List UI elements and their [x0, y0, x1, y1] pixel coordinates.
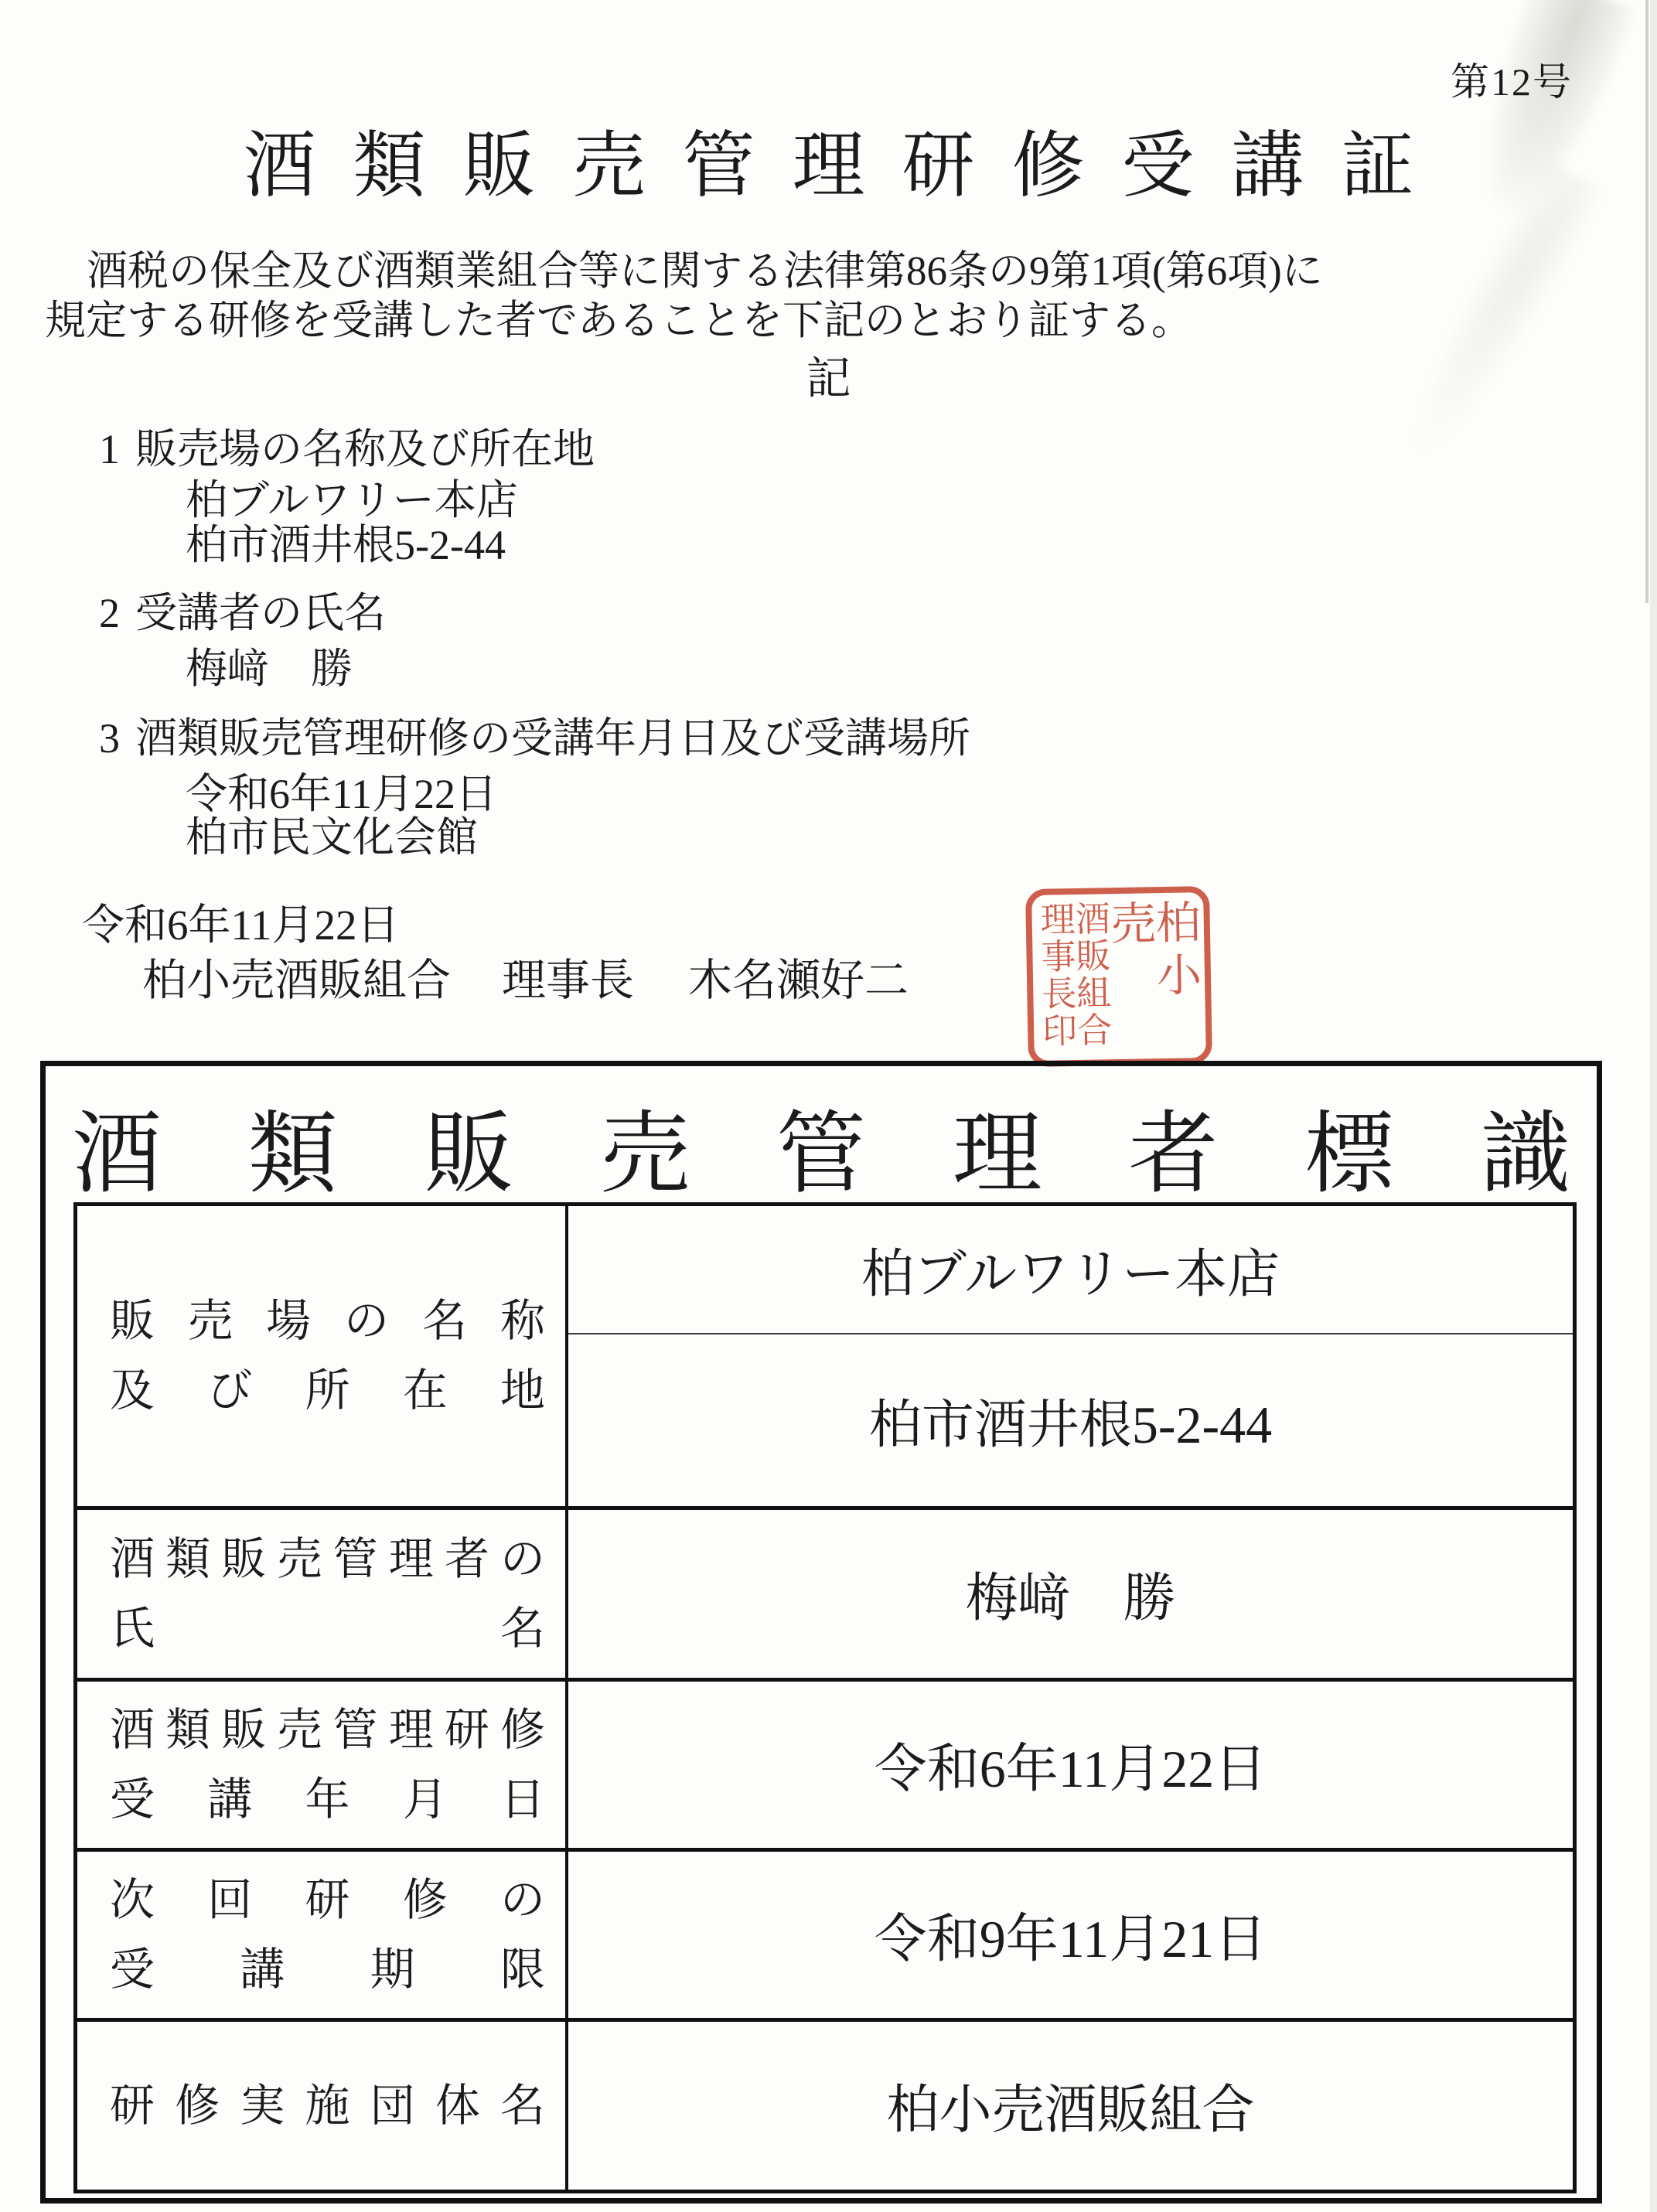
- item-1-number: 1: [99, 425, 120, 473]
- item-3-label: 酒類販売管理研修の受講年月日及び受講場所: [135, 715, 970, 762]
- signboard-table: 販売場の名称 及び所在地 柏ブルワリー本店 柏市酒井根5-2-44 酒類販売管理…: [73, 1202, 1577, 2193]
- row-training-date-value: 令和6年11月22日: [568, 1678, 1573, 1848]
- scanned-certificate-page: 第12号 酒類販売管理研修受講証 酒税の保全及び酒類業組合等に関する法律第86条…: [0, 0, 1657, 2212]
- row-organization-value: 柏小売酒販組合: [568, 2018, 1573, 2190]
- doc-number: 第12号: [1451, 51, 1573, 107]
- seal-column-middle: 酒販組合: [1071, 900, 1108, 1054]
- issuer-org: 柏小売酒販組合: [142, 956, 451, 1005]
- row-next-deadline-label: 次回研修の 受講期限: [77, 1848, 568, 2018]
- row-shop-label-line-2: 及び所在地: [110, 1356, 545, 1426]
- row-training-date-label-line-2: 受講年月日: [110, 1765, 545, 1835]
- row-manager-label-line-2: 氏名: [110, 1594, 545, 1664]
- issuer-name: 木名瀬好二: [688, 956, 909, 1005]
- item-3-training-place: 柏市民文化会館: [186, 804, 478, 864]
- issuer-title: 理事長: [502, 956, 634, 1005]
- row-next-deadline-label-line-2: 受講期限: [110, 1935, 545, 2005]
- signboard: 酒類販売管理者標識 販売場の名称 及び所在地 柏ブルワリー本店 柏市酒井根5-2…: [40, 1061, 1602, 2203]
- item-2-attendee-name: 梅﨑 勝: [186, 636, 353, 695]
- row-manager-label: 酒類販売管理者の 氏名: [77, 1506, 568, 1678]
- row-shop-label: 販売場の名称 及び所在地: [77, 1206, 568, 1506]
- seal-column-left: 理事長印: [1036, 901, 1073, 1055]
- row-manager-label-line-1: 酒類販売管理者の: [110, 1525, 545, 1594]
- item-1-label: 販売場の名称及び所在地: [135, 426, 595, 472]
- item-2-number: 2: [99, 589, 120, 637]
- row-training-date-label-line-1: 酒類販売管理研修: [110, 1696, 545, 1765]
- issue-date: 令和6年11月22日: [82, 891, 399, 952]
- item-1-shop-address: 柏市酒井根5-2-44: [186, 512, 506, 571]
- item-3-header: 3酒類販売管理研修の受講年月日及び受講場所: [99, 705, 970, 765]
- row-shop-label-line-1: 販売場の名称: [110, 1287, 545, 1356]
- item-3-number: 3: [99, 714, 120, 762]
- item-2-header: 2受講者の氏名: [99, 580, 386, 639]
- item-2-label: 受講者の氏名: [135, 590, 386, 636]
- certificate-title: 酒類販売管理研修受講証: [0, 107, 1657, 211]
- scan-edge-shading: [1650, 0, 1657, 2212]
- signature-line: 柏小売酒販組合理事長木名瀬好二: [142, 945, 909, 1008]
- seal-column-right: 柏小売: [1106, 898, 1198, 1053]
- record-marker: 記: [0, 342, 1657, 407]
- row-next-deadline-label-line-1: 次回研修の: [110, 1866, 545, 1935]
- signboard-title: 酒類販売管理者標識: [46, 1082, 1597, 1211]
- row-manager-value: 梅﨑 勝: [568, 1506, 1573, 1678]
- row-shop-name-value: 柏ブルワリー本店: [568, 1206, 1573, 1333]
- row-shop-address-value: 柏市酒井根5-2-44: [568, 1333, 1573, 1506]
- row-organization-label: 研修実施団体名: [77, 2018, 568, 2190]
- issuer-seal-stamp: 柏小売 酒販組合 理事長印: [1025, 886, 1212, 1067]
- certificate-body-line-2: 規定する研修を受講した者であることを下記のとおり証する。: [45, 288, 1192, 346]
- scan-edge-line: [1645, 0, 1648, 603]
- row-next-deadline-value: 令和9年11月21日: [568, 1848, 1573, 2018]
- row-organization-label-line-1: 研修実施団体名: [110, 2071, 545, 2141]
- row-training-date-label: 酒類販売管理研修 受講年月日: [77, 1678, 568, 1848]
